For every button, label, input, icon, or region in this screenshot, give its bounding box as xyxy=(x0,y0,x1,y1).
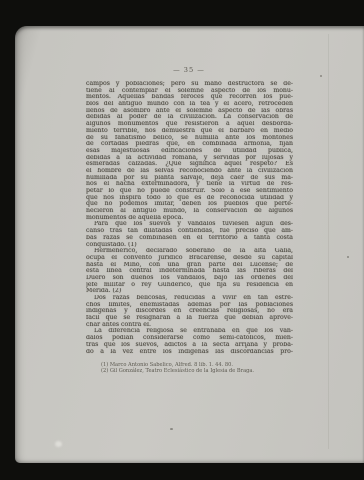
text-line: llenos de asombro ante el solemne aspect… xyxy=(86,108,293,115)
scan-speck xyxy=(245,346,247,348)
text-line: bas razas se combinasen en el territorio… xyxy=(86,235,293,242)
text-line: do á la vez entre los indígenas las disc… xyxy=(86,349,293,356)
text-line: chos límites, enemistadas además por las… xyxy=(86,302,293,309)
text-line: petar lo que no puede construir. Sólo á … xyxy=(86,188,293,195)
text-line: monumentos de aquella época. xyxy=(86,215,293,222)
footnote-line: (2) Gil González, Teatro Eclesiástico de… xyxy=(101,368,279,374)
book-page: — 35 — campos y poblaciones; pero su man… xyxy=(15,26,364,463)
text-line: esmeradas calzadas. ¿Qué significa aquel… xyxy=(86,161,293,168)
text-line: Para que los suevos y vándalos tuviesen … xyxy=(86,221,293,228)
page-number: — 35 — xyxy=(85,66,293,74)
text-line: esas majestuosas edificaciones de utilid… xyxy=(86,148,293,155)
text-line: algunos monumentos que resistieron á aqu… xyxy=(86,121,293,128)
page-fold-line xyxy=(328,34,329,449)
text-line: que nos inspira todo lo que es de recono… xyxy=(86,195,293,202)
text-line: que no podemos imitar, deben los pueblos… xyxy=(86,201,293,208)
scan-speck xyxy=(170,428,173,430)
text-line: campos y poblaciones; pero su mano destr… xyxy=(86,81,293,88)
text-line: el hombre de las selvas reconociendo ant… xyxy=(86,168,293,175)
scanned-page-photo: — 35 — campos y poblaciones; pero su man… xyxy=(0,0,364,480)
text-line: humillada por su planta salvaje, deja ca… xyxy=(86,175,293,182)
text-line: Mérida. (2) xyxy=(86,288,293,295)
text-line: esta línea central indeterminada hasta l… xyxy=(86,268,293,275)
scan-speck xyxy=(347,256,349,258)
text-line: char antes contra él. xyxy=(86,322,293,329)
text-line: fácil que se resignaran á la fuerza que … xyxy=(86,315,293,322)
text-line: debidas al poder de la civilización. La … xyxy=(86,114,293,121)
text-line: Dos razas belicosas, reducidas á vivir e… xyxy=(86,295,293,302)
text-line: blos del antiguo mundo con la tea y el a… xyxy=(86,101,293,108)
text-line: miento terrible, nos demuestra que el bá… xyxy=(86,128,293,135)
scan-speck xyxy=(55,441,62,447)
text-line: Duero son dueños los vándalos, bajo las … xyxy=(86,275,293,282)
text-line: de cortadas piedras que, en combinada ar… xyxy=(86,141,293,148)
text-line: La diferencia religiosa se entrañaba en … xyxy=(86,328,293,335)
body-text: campos y poblaciones; pero su mano destr… xyxy=(86,81,293,355)
text-line: hasta el Miño, con una gran parte del Lu… xyxy=(86,262,293,269)
text-line: tras que los suevos, adictos á la secta … xyxy=(86,342,293,349)
scan-speck xyxy=(320,75,322,77)
text-line: jefe militar ó rey Gunderico, que fija s… xyxy=(86,282,293,289)
text-line: conquistado. (1) xyxy=(86,242,293,249)
text-line: tiene al contemplar el solemne aspecto d… xyxy=(86,88,293,95)
text-line: dalos podían considerarse como semi-cató… xyxy=(86,335,293,342)
text-line: Hermenerico, declarado soberano de la al… xyxy=(86,248,293,255)
text-line: canso tras tan dilatadas contiendas, fué… xyxy=(86,228,293,235)
text-line: nos el hacha exterminadora, y tiene la v… xyxy=(86,181,293,188)
text-line: de su fanatismo bélico, se humilla ante … xyxy=(86,135,293,142)
text-line: indígenas y discordes en creencias relig… xyxy=(86,308,293,315)
text-line: necieron al antiguo mundo, la conservaci… xyxy=(86,208,293,215)
text-line: mentos. Aquellas bandas feroces que reco… xyxy=(86,94,293,101)
text-line: ocupa el convento jurídico Bracarense, d… xyxy=(86,255,293,262)
text-line: debidas á la actividad romana, y servida… xyxy=(86,155,293,162)
footnotes: (1) Marco Antonio Sabelico, Alfred. 8 li… xyxy=(101,362,279,375)
